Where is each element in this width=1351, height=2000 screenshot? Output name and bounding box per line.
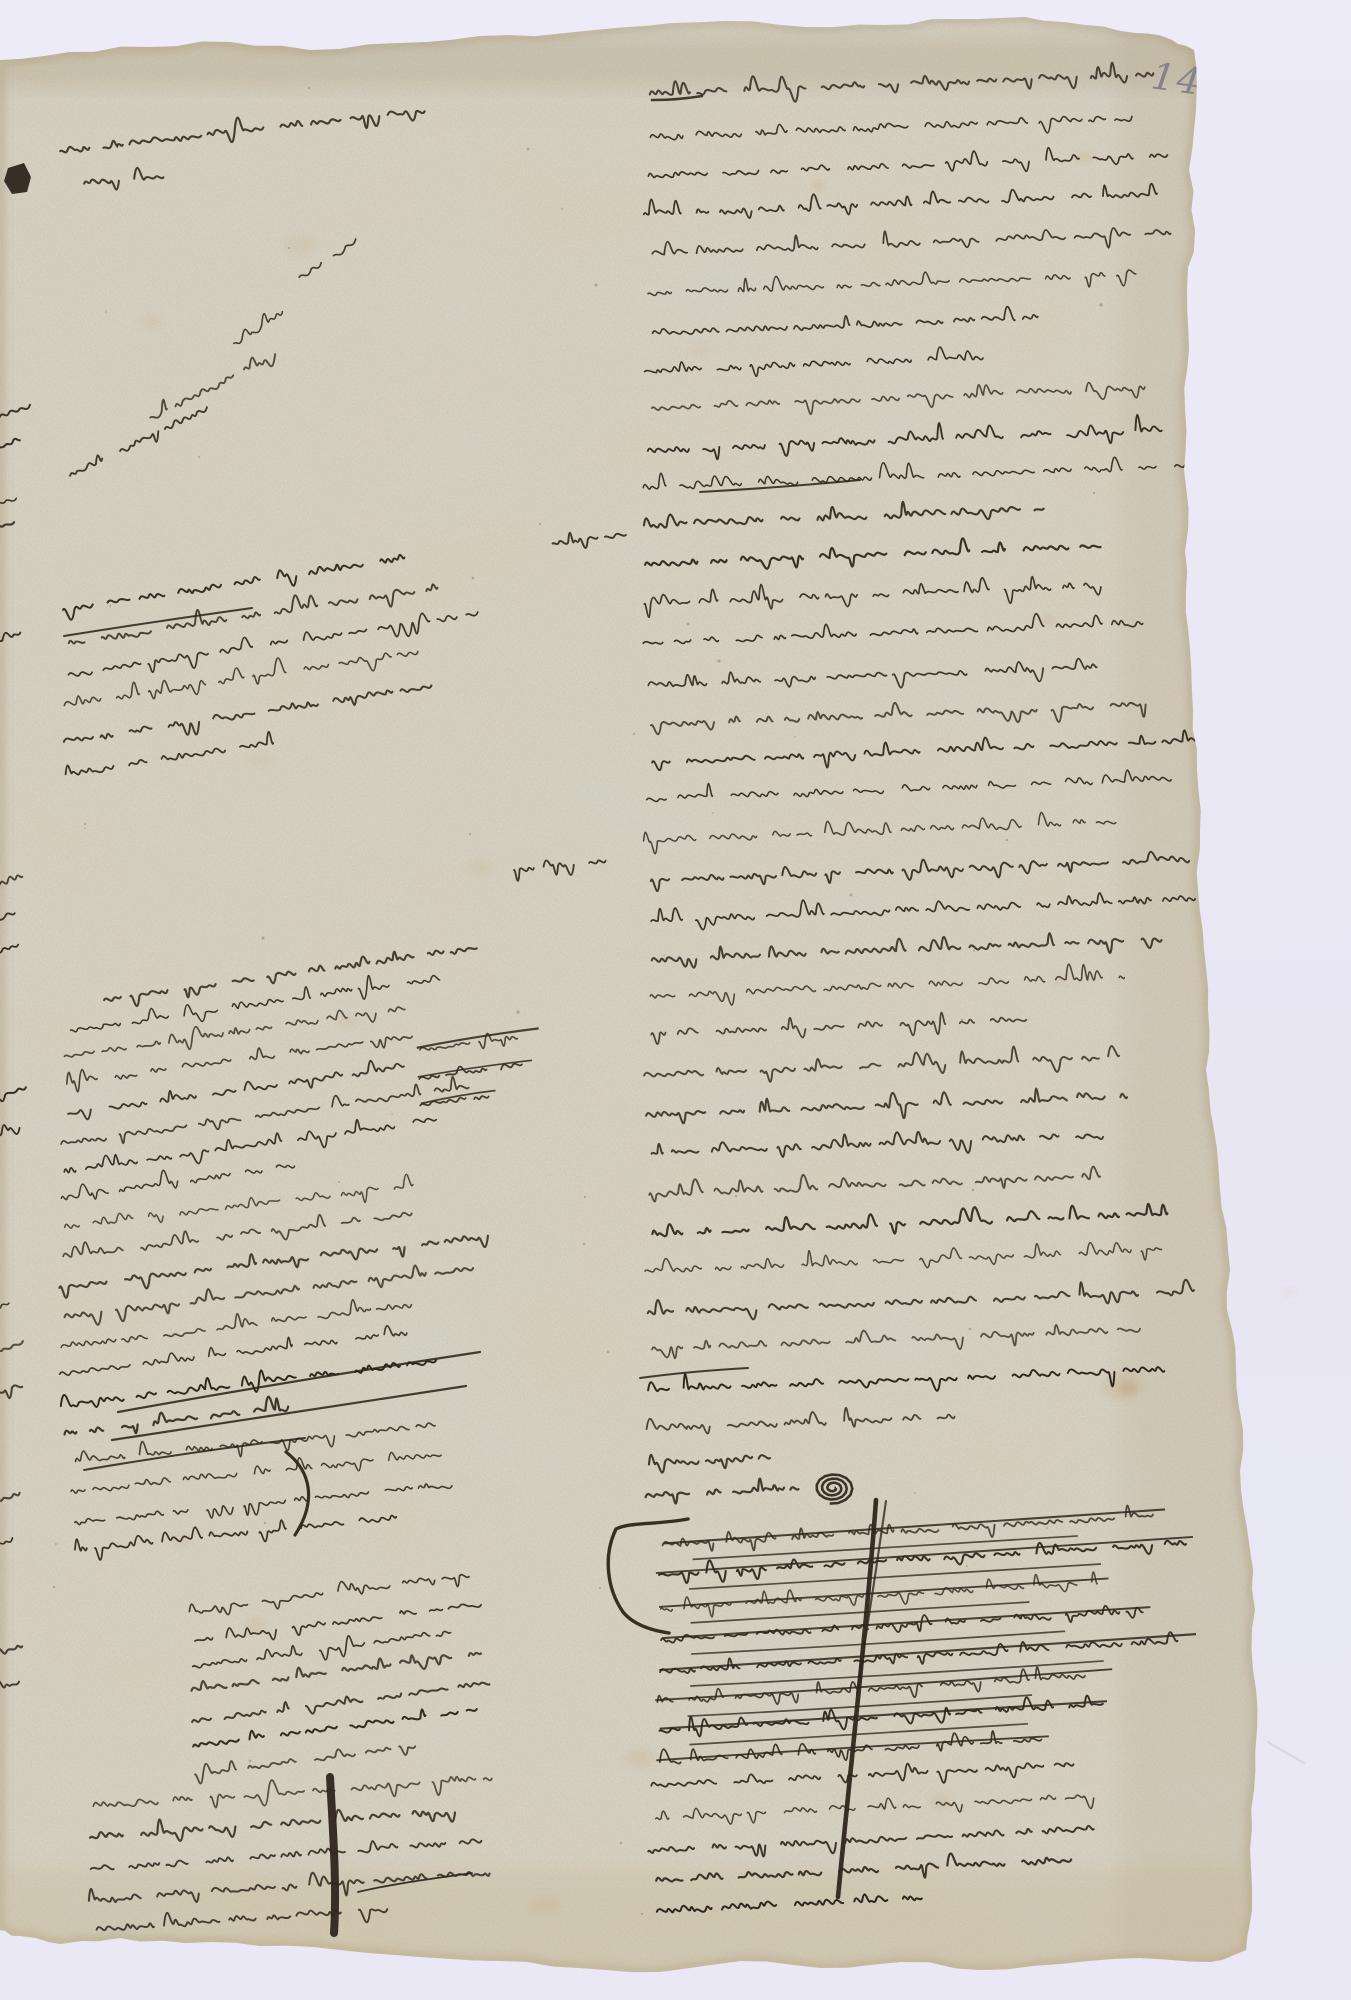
scan-background: 14 xyxy=(0,0,1351,2000)
ink-speck xyxy=(516,1010,519,1013)
ink-speck xyxy=(641,1913,643,1915)
manuscript-page-scan: 14 xyxy=(0,0,1351,2000)
ink-speck xyxy=(198,456,200,458)
crease-line xyxy=(13,70,14,1898)
ink-speck xyxy=(607,1351,609,1353)
ink-speck xyxy=(391,1113,393,1115)
stain-spot xyxy=(1282,1287,1296,1297)
stain-spot xyxy=(284,235,316,255)
ink-speck xyxy=(633,733,635,735)
ink-speck xyxy=(663,954,665,956)
ink-speck xyxy=(264,1522,266,1524)
ink-speck xyxy=(584,1196,586,1198)
scanner-background-marks xyxy=(1268,1287,1304,1763)
ink-speck xyxy=(527,148,530,151)
ink-speck xyxy=(249,1760,252,1763)
ink-speck xyxy=(966,1565,968,1567)
stain-spot xyxy=(466,859,494,877)
background-scratch xyxy=(1268,1742,1304,1763)
ink-speck xyxy=(850,894,853,897)
stain-spot xyxy=(338,1015,358,1029)
ink-speck xyxy=(308,87,310,89)
ink-speck xyxy=(620,1842,623,1845)
stain-spot xyxy=(1120,1382,1136,1394)
ink-speck xyxy=(794,736,796,738)
ink-speck xyxy=(1099,303,1102,306)
ink-speck xyxy=(973,950,975,952)
stain-spot xyxy=(690,343,710,357)
stain-spot xyxy=(170,1533,190,1547)
ink-speck xyxy=(687,623,690,626)
edge-band-right xyxy=(1120,0,1260,2000)
ink-speck xyxy=(84,823,86,825)
page-number: 14 xyxy=(1149,54,1206,104)
ink-speck xyxy=(717,659,720,662)
ink-speck xyxy=(1006,839,1008,841)
ink-speck xyxy=(338,1181,340,1183)
ink-speck xyxy=(109,605,111,607)
ink-speck xyxy=(105,311,107,313)
ink-speck xyxy=(55,1543,57,1545)
edge-band-bottom xyxy=(0,1868,1351,1980)
ink-speck xyxy=(1046,1527,1048,1529)
ink-speck xyxy=(594,283,597,286)
stain-spot xyxy=(140,314,164,330)
ink-speck xyxy=(53,1586,56,1589)
ink-speck xyxy=(469,833,471,835)
ink-speck xyxy=(914,1492,916,1494)
ink-speck xyxy=(262,937,265,940)
stain-spot xyxy=(248,752,272,768)
ink-speck xyxy=(1093,492,1095,494)
ink-speck xyxy=(599,1587,601,1589)
ink-speck xyxy=(735,1195,737,1197)
ink-speck xyxy=(472,577,475,580)
stain-spot xyxy=(531,1896,559,1914)
ink-speck xyxy=(969,1328,972,1331)
ink-speck xyxy=(539,523,541,525)
ink-speck xyxy=(561,208,563,210)
ink-speck xyxy=(961,1019,964,1022)
ink-speck xyxy=(972,1189,975,1192)
paper-creases xyxy=(13,70,14,1898)
stain-spot xyxy=(812,181,824,191)
ink-speck xyxy=(84,827,86,829)
ink-speck xyxy=(583,1243,586,1246)
ink-speck xyxy=(712,812,714,814)
ink-speck xyxy=(288,247,290,249)
stain-spot xyxy=(625,1748,655,1768)
